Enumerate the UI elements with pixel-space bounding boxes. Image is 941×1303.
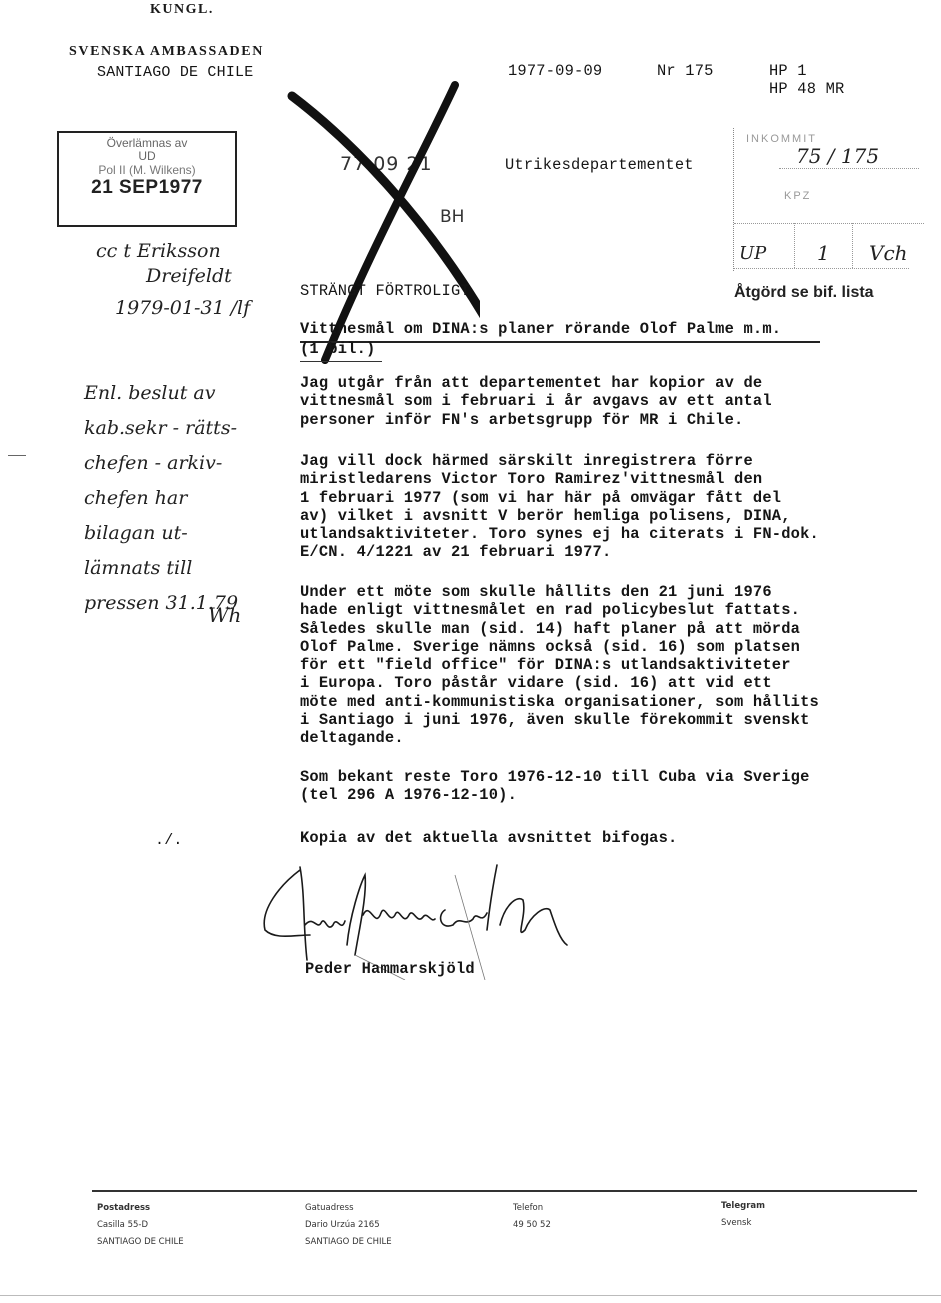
letterhead-line-1: KUNGL. <box>150 2 214 18</box>
attachment-note: (1 bil.) <box>300 340 376 358</box>
action-note: Åtgörd se bif. lista <box>734 284 874 302</box>
attachment-underline <box>300 361 382 362</box>
footer-telegram-label: Telegram <box>721 1201 765 1211</box>
footer-postal-line-2: SANTIAGO DE CHILE <box>97 1237 184 1247</box>
handwritten-cc-line-1: cc t Eriksson <box>96 240 221 262</box>
footer-rule <box>92 1190 917 1192</box>
received-stamp-line-3: Pol II (M. Wilkens) <box>59 163 235 177</box>
body-paragraph: Jag utgår från att departementet har kop… <box>300 374 772 429</box>
footer-street-line-2: SANTIAGO DE CHILE <box>305 1237 392 1247</box>
handwritten-margin-note: Enl. beslut av kab.sekr - rätts- chefen … <box>84 376 238 621</box>
footer-phone-label: Telefon <box>513 1203 543 1213</box>
divider <box>734 268 909 269</box>
body-paragraph: Under ett möte som skulle hållits den 21… <box>300 583 819 748</box>
subject-line: Vittnesmål om DINA:s planer rörande Olof… <box>300 320 781 338</box>
registration-cell-3: Vch <box>869 241 908 265</box>
divider <box>794 223 795 268</box>
letterhead-line-2: SVENSKA AMBASSADEN <box>69 44 264 60</box>
subject-underline <box>300 341 820 343</box>
document-date: 1977-09-09 <box>508 62 602 80</box>
divider <box>852 223 853 268</box>
body-paragraph: Som bekant reste Toro 1976-12-10 till Cu… <box>300 768 810 805</box>
footer-street-line-1: Dario Urzúa 2165 <box>305 1220 380 1230</box>
registration-code: KPZ <box>784 190 811 202</box>
recipient: Utrikesdepartementet <box>505 156 694 174</box>
handwritten-cc-line-3: 1979-01-31 /lf <box>115 297 250 319</box>
body-paragraph: Kopia av det aktuella avsnittet bifogas. <box>300 829 677 847</box>
received-stamp-line-2: UD <box>59 150 235 163</box>
footer-street-label: Gatuadress <box>305 1203 354 1213</box>
file-code-1: HP 1 <box>769 62 807 80</box>
handwritten-cc-line-2: Dreifeldt <box>146 265 232 287</box>
registration-cell-1: UP <box>739 243 766 264</box>
received-stamp-date: 21 SEP1977 <box>59 177 235 199</box>
registration-stamp: INKOMMIT 75 / 175 KPZ UP 1 Vch <box>733 128 924 271</box>
footer-postal-label: Postadress <box>97 1203 150 1213</box>
divider <box>734 223 924 224</box>
enclosure-mark: ./. <box>155 832 183 849</box>
footer-phone-number: 49 50 52 <box>513 1220 551 1230</box>
registration-cell-2: 1 <box>817 241 830 265</box>
margin-tick <box>8 455 26 456</box>
file-code-2: HP 48 MR <box>769 80 845 98</box>
footer-postal-line-1: Casilla 55-D <box>97 1220 148 1230</box>
page-edge <box>0 1295 941 1296</box>
footer-telegram-address: Svensk <box>721 1218 751 1228</box>
received-stamp: Överlämnas av UD Pol II (M. Wilkens) 21 … <box>57 131 237 227</box>
letterhead-line-3: SANTIAGO DE CHILE <box>97 64 253 81</box>
signer-name: Peder Hammarskjöld <box>305 960 475 978</box>
body-paragraph: Jag vill dock härmed särskilt inregistre… <box>300 452 819 562</box>
classification: STRÄNGT FÖRTROLIGT <box>300 282 470 300</box>
divider <box>779 168 919 169</box>
handwritten-margin-initials: Wh <box>208 603 241 627</box>
registration-number: 75 / 175 <box>796 144 879 168</box>
document-number: Nr 175 <box>657 62 714 80</box>
